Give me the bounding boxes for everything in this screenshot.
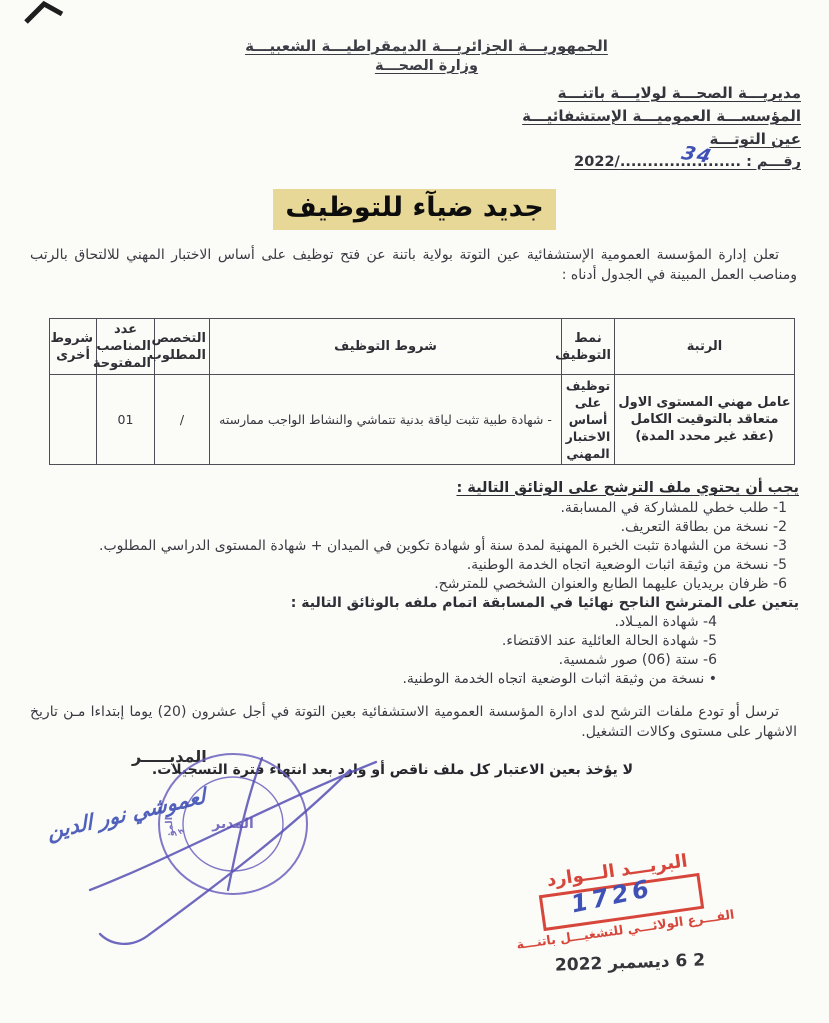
cell-recruitment-mode: توظيف على أساس الاختبار المهني [562,375,615,465]
submission-paragraph: ترسل أو تودع ملفات الترشح لدى ادارة المؤ… [30,702,797,742]
col-recruitment-conditions: شروط التوظيف [210,319,562,375]
watermark-banner: جديد ضيآء للتوظيف [273,189,555,230]
table-header-row: الرتبة نمط التوظيف شروط التوظيف التخصص ا… [50,319,795,375]
scan-corner-artifact [18,0,78,28]
establishment-line: المؤسســـة العموميـــة الإستشفائيـــة [28,105,801,128]
ref-label: رقـــم : [741,154,801,170]
list-item: 4- شهادة الميـلاد. [28,613,717,632]
announcement-paragraph: تعلن إدارة المؤسسة العمومية الإستشفائية … [30,245,797,285]
cell-required-specialty: / [155,375,210,465]
incoming-mail-stamp: البريـــد الـــوارد 1726 الفـــرع الولائ… [498,844,744,953]
cell-open-positions: 01 [97,375,155,465]
list-item: 6- ظرفان بريديان عليهما الطابع والعنوان … [28,575,787,594]
list-item: • نسخة من وثيقة اثبات الوضعية اتجاه الخد… [28,670,717,689]
positions-table: الرتبة نمط التوظيف شروط التوظيف التخصص ا… [49,318,795,465]
col-open-positions: عدد المناصب المفتوحة [97,319,155,375]
cell-other-conditions [50,375,97,465]
final-documents-heading: يتعين على المترشح الناجح نهائيا في المسا… [28,595,799,611]
col-recruitment-mode: نمط التوظيف [562,319,615,375]
cell-recruitment-conditions: - شهادة طبية تثبت لياقة بدنية تتماشي وال… [210,375,562,465]
directorate-line: مديريـــة الصحـــة لولايـــة باتنـــة [28,82,801,105]
director-stamp: المؤسسة العمومية الاستشفائية عين التوتة … [28,738,448,968]
col-required-specialty: التخصص المطلوب [155,319,210,375]
republic-title: الجمهوريـــة الجزائريـــة الديمقراطيـــة… [40,36,813,56]
date-stamp: 2 6 ديسمبر 2022 [540,950,721,976]
list-item: 2- نسخة من بطاقة التعريف. [28,518,787,537]
list-item: 3- نسخة من الشهادة تثبت الخبرة المهنية ل… [28,537,787,556]
required-documents-list: 1- طلب خطي للمشاركة في المسابقة. 2- نسخة… [28,499,787,594]
cell-rank: عامل مهني المستوى الاول متعاقد بالتوقيت … [615,375,795,465]
required-documents-heading: يجب أن يحتوي ملف الترشح على الوثائق التا… [28,480,799,496]
document-header-center: الجمهوريـــة الجزائريـــة الديمقراطيـــة… [40,36,813,76]
ministry-title: وزارة الصحـــة [40,56,813,76]
signature-strokes [90,758,376,944]
document-page: الجمهوريـــة الجزائريـــة الديمقراطيـــة… [0,0,829,1023]
ref-year: /2022 [574,154,620,170]
handwritten-ref-number: 34 [679,142,715,168]
list-item: 1- طلب خطي للمشاركة في المسابقة. [28,499,787,518]
col-rank: الرتبة [615,319,795,375]
list-item: 5- نسخة من وثيقة اثبات الوضعية اتجاه الخ… [28,556,787,575]
col-other-conditions: شروط أخرى [50,319,97,375]
final-documents-list: 4- شهادة الميـلاد. 5- شهادة الحالة العائ… [28,613,717,689]
list-item: 5- شهادة الحالة العائلية عند الاقتضاء. [28,632,717,651]
table-row: عامل مهني المستوى الاول متعاقد بالتوقيت … [50,375,795,465]
list-item: 6- ستة (06) صور شمسية. [28,651,717,670]
